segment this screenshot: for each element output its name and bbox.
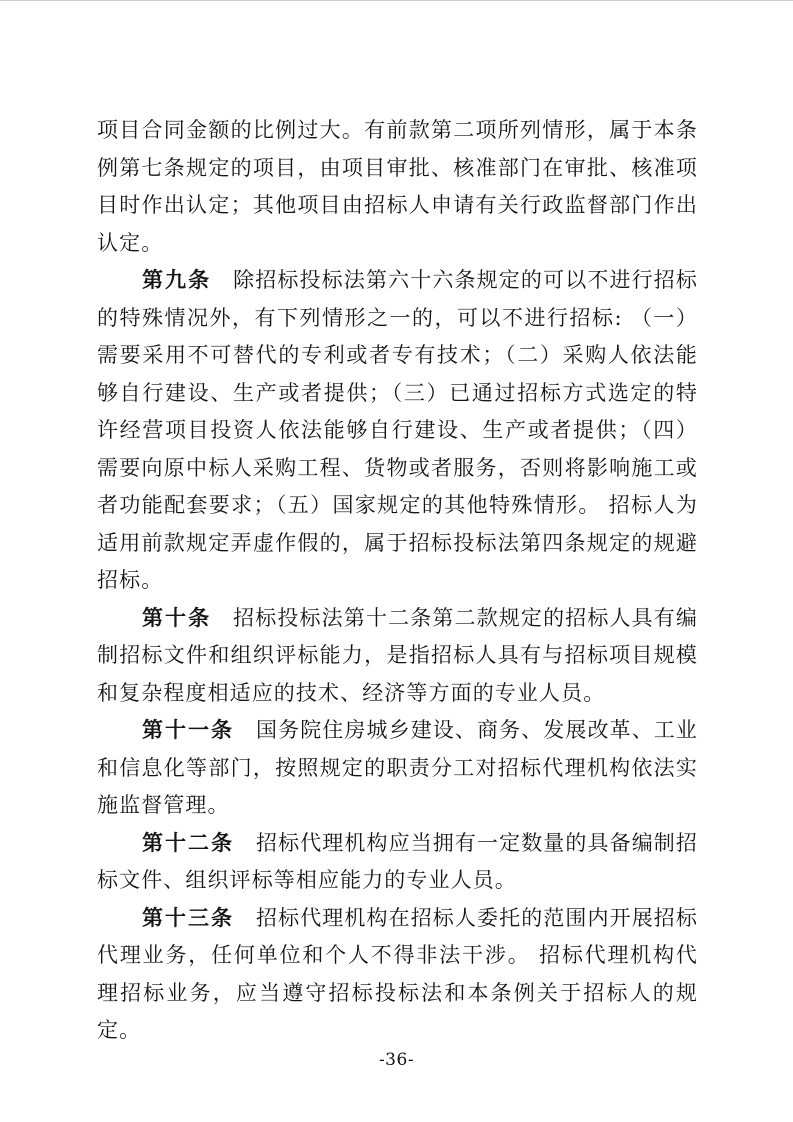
article-paragraph: 项目合同金额的比例过大。有前款第二项所列情形，属于本条例第七条规定的项目，由项目… [97, 112, 698, 262]
article-number: 第十一条 [142, 718, 234, 742]
article-paragraph: 第十二条招标代理机构应当拥有一定数量的具备编制招标文件、组织评标等相应能力的专业… [97, 825, 698, 900]
article-number: 第十条 [142, 606, 211, 630]
article-paragraph: 第十三条招标代理机构在招标人委托的范围内开展招标代理业务，任何单位和个人不得非法… [97, 900, 698, 1050]
article-paragraph: 第九条除招标投标法第六十六条规定的可以不进行招标的特殊情况外，有下列情形之一的，… [97, 262, 698, 600]
article-text: 项目合同金额的比例过大。有前款第二项所列情形，属于本条例第七条规定的项目，由项目… [97, 118, 698, 255]
article-paragraph: 第十条招标投标法第十二条第二款规定的招标人具有编制招标文件和组织评标能力，是指招… [97, 600, 698, 713]
page-number: -36- [0, 1050, 793, 1070]
document-body: 项目合同金额的比例过大。有前款第二项所列情形，属于本条例第七条规定的项目，由项目… [97, 112, 698, 1050]
article-number: 第十三条 [142, 906, 234, 930]
article-paragraph: 第十一条国务院住房城乡建设、商务、发展改革、工业和信息化等部门，按照规定的职责分… [97, 712, 698, 825]
article-number: 第十二条 [142, 831, 234, 855]
document-page: 项目合同金额的比例过大。有前款第二项所列情形，属于本条例第七条规定的项目，由项目… [0, 0, 793, 1122]
article-number: 第九条 [142, 268, 211, 292]
article-text: 除招标投标法第六十六条规定的可以不进行招标的特殊情况外，有下列情形之一的，可以不… [97, 268, 698, 592]
